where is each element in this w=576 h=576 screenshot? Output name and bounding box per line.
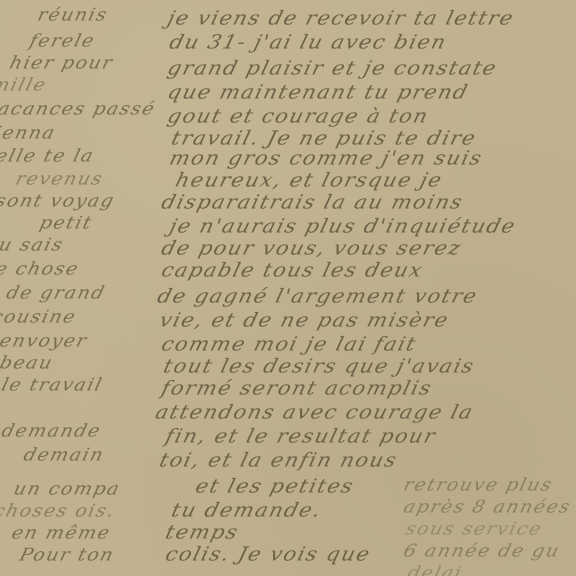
script-line: fin, et le resultat pour xyxy=(163,425,438,447)
script-line: le travail xyxy=(0,375,105,395)
script-line: petit xyxy=(37,213,94,233)
script-line: réunis xyxy=(0,5,110,25)
script-line: elle te la xyxy=(0,146,97,166)
script-line: et les petites xyxy=(193,475,356,497)
script-line: 6 année de gu xyxy=(401,541,562,561)
script-line: choses ois. xyxy=(0,501,117,521)
script-line: demain xyxy=(21,445,106,465)
script-line: vacances passé xyxy=(0,99,158,119)
script-pattern-background: réunis ferele hier pour famille vacances… xyxy=(0,0,576,576)
script-line: demande xyxy=(0,421,103,441)
script-line: sont voyag xyxy=(0,191,117,211)
script-line: hier pour xyxy=(7,53,115,73)
script-line: un compa xyxy=(11,479,122,499)
script-line: disparaitrais la au moins xyxy=(159,191,466,213)
script-line: de pour vous, vous serez xyxy=(159,237,464,259)
script-line: revenus xyxy=(13,169,105,189)
script-line: comme moi je lai fait xyxy=(159,333,419,355)
script-line: que maintenant tu prend xyxy=(165,81,471,103)
script-line: tu demande. xyxy=(169,499,324,521)
script-line: envoyer xyxy=(0,331,90,351)
script-line: Vienna xyxy=(0,123,58,143)
script-line: je viens de recevoir ta lettre xyxy=(165,7,516,29)
script-line: beau xyxy=(0,353,56,373)
script-line: ferele xyxy=(27,31,97,51)
script-line: du 31- j'ai lu avec bien xyxy=(167,31,449,53)
script-line: delai xyxy=(405,563,464,576)
script-line: attendons avec courage la xyxy=(153,401,476,423)
script-line: vie, et de ne pas misère xyxy=(157,309,451,331)
script-line: toi, et la enfin nous xyxy=(157,449,400,471)
script-line: capable tous les deux xyxy=(159,259,425,281)
script-line: grand plaisir et je constate xyxy=(165,57,499,79)
script-line: heureux, et lorsque je xyxy=(173,169,445,191)
script-line: ne chose xyxy=(0,259,81,279)
script-line: il de grand xyxy=(0,283,108,303)
script-line: tu sais xyxy=(0,235,66,255)
script-line: formé seront acomplis xyxy=(159,377,435,399)
script-line: après 8 années xyxy=(401,497,573,517)
script-line: sous service xyxy=(403,519,544,539)
script-line: de gagné l'argement votre xyxy=(155,285,480,307)
script-line: retrouve plus xyxy=(401,475,555,495)
script-line: mon gros comme j'en suis xyxy=(167,147,485,169)
script-line: cousine xyxy=(0,307,79,327)
script-line: famille xyxy=(0,75,49,95)
script-line: Pour ton xyxy=(17,545,116,565)
script-line: je n'aurais plus d'inquiétude xyxy=(167,215,518,237)
script-line: temps xyxy=(163,521,241,543)
script-line: gout et courage à ton xyxy=(165,105,431,127)
script-line: tout les desirs que j'avais xyxy=(161,355,477,377)
script-line: travail. Je ne puis te dire xyxy=(169,127,479,149)
script-line: en même xyxy=(9,523,113,543)
script-line: colis. Je vois que xyxy=(163,543,373,565)
